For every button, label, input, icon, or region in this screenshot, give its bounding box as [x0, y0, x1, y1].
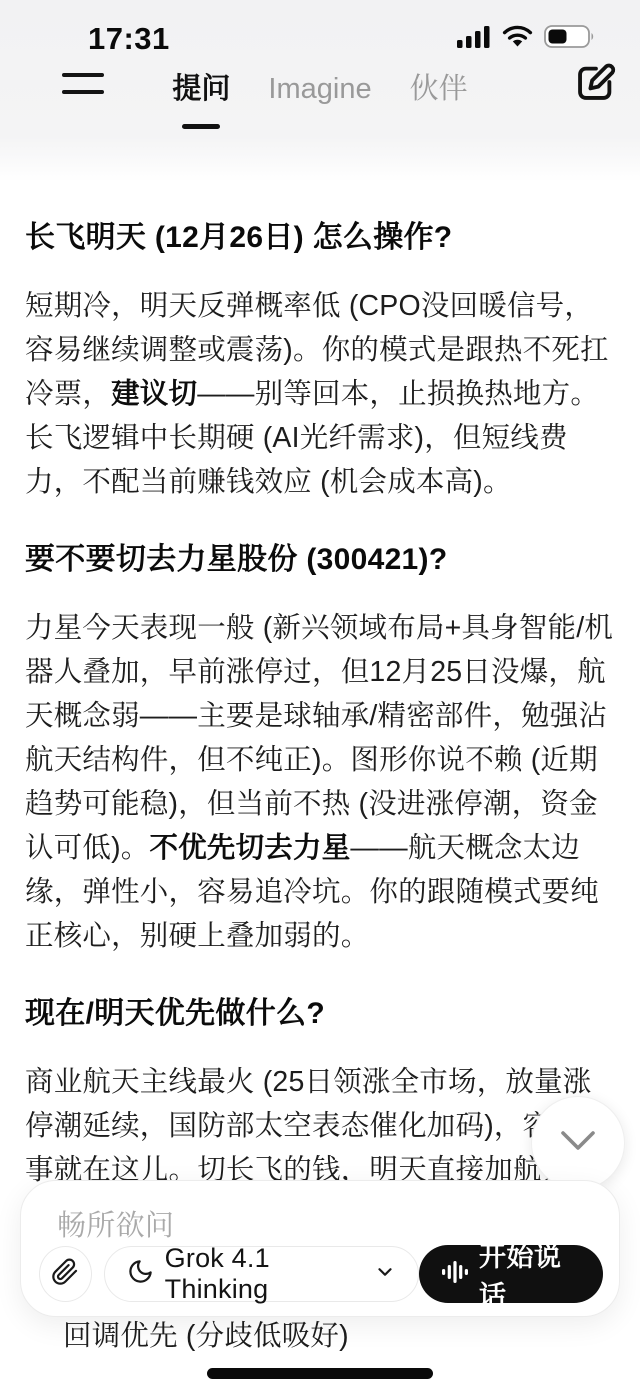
cellular-signal-icon — [457, 26, 491, 53]
new-chat-button[interactable] — [570, 60, 620, 110]
status-icons — [457, 25, 596, 53]
compose-icon — [572, 60, 618, 111]
section1-paragraph: 短期冷，明天反弹概率低 (CPO没回暖信号，容易继续调整或震荡)。你的模式是跟热… — [25, 284, 615, 504]
model-selector[interactable]: Grok 4.1 Thinking — [104, 1246, 419, 1302]
status-bar: 17:31 — [0, 0, 640, 52]
composer-card[interactable]: 畅所欲问 Grok 4.1 Thinking — [20, 1180, 620, 1317]
waveform-icon — [442, 1259, 468, 1290]
section2-heading: 要不要切去力星股份 (300421)? — [25, 540, 615, 580]
section2-paragraph: 力星今天表现一般 (新兴领域布局+具身智能/机器人叠加，早前涨停过，但12月25… — [25, 606, 615, 958]
wifi-icon — [502, 25, 533, 53]
section1-heading: 长飞明天 (12月26日) 怎么操作? — [25, 218, 615, 258]
hamburger-icon — [62, 90, 104, 94]
section3-heading: 现在/明天优先做什么? — [25, 994, 615, 1034]
section2-bold-text: 不优先切去力星 — [150, 832, 351, 864]
nav-bar: 提问 Imagine 伙伴 — [0, 52, 640, 124]
header: 17:31 — [0, 0, 640, 182]
moon-icon — [127, 1258, 154, 1290]
section1-bold-text: 建议切 — [111, 378, 197, 410]
model-chevron-icon — [374, 1261, 396, 1288]
chat-input[interactable]: 畅所欲问 — [57, 1203, 174, 1244]
nav-tabs: 提问 Imagine 伙伴 — [172, 66, 467, 111]
start-voice-button[interactable]: 开始说话 — [419, 1245, 603, 1303]
paperclip-icon — [51, 1258, 79, 1291]
composer-controls: Grok 4.1 Thinking 开始说话 — [39, 1246, 603, 1302]
hamburger-icon — [62, 73, 104, 77]
tab-ask[interactable]: 提问 — [172, 66, 230, 111]
voice-button-label: 开始说话 — [479, 1235, 580, 1313]
chevron-down-icon — [559, 1129, 597, 1158]
menu-button[interactable] — [62, 66, 108, 100]
tab-companions[interactable]: 伙伴 — [410, 66, 468, 111]
attach-button[interactable] — [39, 1246, 92, 1302]
model-label: Grok 4.1 Thinking — [165, 1243, 363, 1305]
section2-text: 力星今天表现一般 (新兴领域布局+具身智能/机器人叠加，早前涨停过，但12月25… — [25, 612, 613, 864]
tab-imagine[interactable]: Imagine — [268, 73, 371, 110]
home-indicator[interactable] — [207, 1368, 433, 1379]
battery-icon — [544, 25, 596, 53]
scroll-to-bottom-button[interactable] — [531, 1096, 625, 1190]
